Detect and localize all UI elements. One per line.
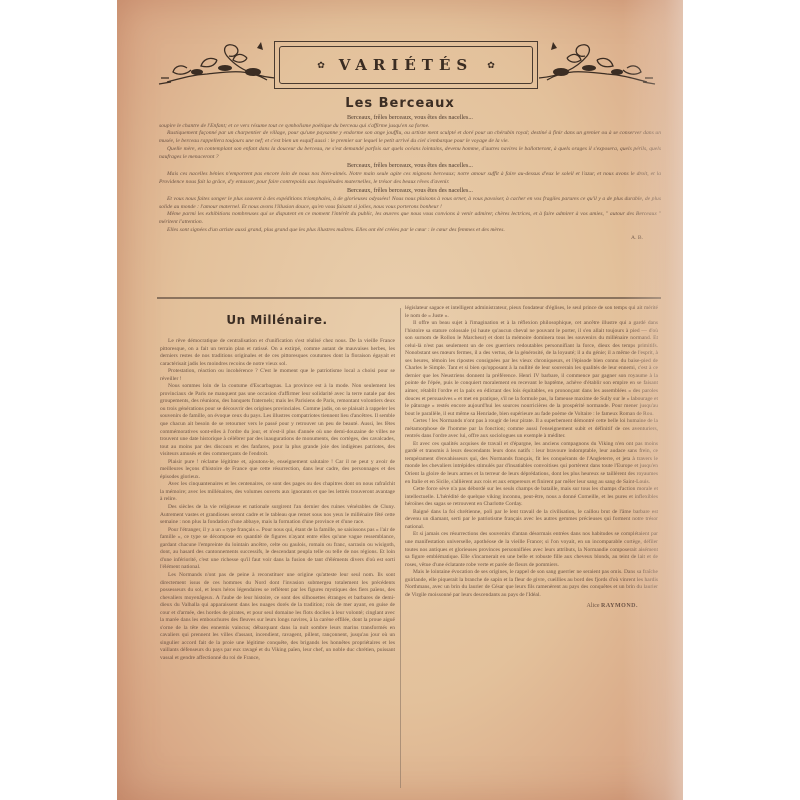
- paragraph: Elles sont signées d'un artiste aussi gr…: [159, 227, 661, 235]
- column-divider: [400, 308, 401, 788]
- title-frame: ✿ VARIÉTÉS ✿: [274, 41, 538, 89]
- refrain-line: Berceaux, frêles berceaux, vous êtes des…: [159, 162, 661, 170]
- paragraph: Il offre un beau sujet à l'imagination e…: [405, 320, 658, 418]
- floral-ornament-left-icon: [157, 38, 277, 86]
- paragraph: Pour l'étranger, il y a un « type frança…: [160, 527, 395, 572]
- article-berceaux-body: Berceaux, frêles berceaux, vous êtes des…: [159, 113, 661, 242]
- floral-ornament-right-icon: [537, 38, 657, 86]
- paragraph: Avec les cinquantenaires et les centenai…: [160, 481, 395, 504]
- paragraph: Plaisir pure ! réclame légitime et, ajou…: [160, 459, 395, 482]
- section-divider: [157, 297, 661, 299]
- paragraph: Et vous nous faites songer le plus souve…: [159, 196, 661, 211]
- paragraph: Le rêve démocratique de centralisation e…: [160, 338, 395, 368]
- varietes-banner: ✿ VARIÉTÉS ✿: [157, 30, 657, 85]
- paragraph: Nous sommes loin de la coutume d'Escarba…: [160, 383, 395, 458]
- scanned-magazine-page: ✿ VARIÉTÉS ✿ Les Berceaux Berc: [117, 0, 683, 800]
- refrain-line: Berceaux, frêles berceaux, vous êtes des…: [159, 187, 661, 195]
- signature-name: RAYMOND.: [601, 603, 638, 609]
- paragraph: Même parmi les exhibitions nombreuses qu…: [159, 211, 661, 226]
- paragraph: Baigné dans la foi chrétienne, poli par …: [405, 509, 658, 532]
- article-signature: A. B.: [159, 235, 661, 243]
- paragraph: Et avec ces qualités acquises de travail…: [405, 441, 658, 486]
- article-column-right: législateur sagace et intelligent admini…: [405, 305, 658, 611]
- paragraph: Quelle mère, en contemplant son enfant d…: [159, 146, 661, 161]
- paragraph: Cette force sève n'a pas débordé sur les…: [405, 486, 658, 509]
- flower-icon: ✿: [487, 60, 495, 71]
- article-column-left: Le rêve démocratique de centralisation e…: [160, 338, 395, 663]
- paragraph: Protestation, réaction ou incohérence ? …: [160, 368, 395, 383]
- section-banner-title: VARIÉTÉS: [339, 56, 473, 74]
- signature-prefix: Alice: [587, 603, 600, 609]
- paragraph: Les Normands n'ont pas de peine à recons…: [160, 572, 395, 663]
- article-signature: Alice RAYMOND.: [405, 603, 658, 611]
- paragraph: Rustiquement façonné par un charpentier …: [159, 130, 661, 145]
- flower-icon: ✿: [317, 60, 325, 71]
- paragraph: Et si jamais ces résurrections des souve…: [405, 531, 658, 569]
- paragraph: Mais le lointaine évocation de ses origi…: [405, 569, 658, 599]
- paragraph: Mais ces nacelles bénies n'emportent pas…: [159, 171, 661, 186]
- paragraph: Des siècles de la vie religieuse et nati…: [160, 504, 395, 527]
- paragraph: législateur sagace et intelligent admini…: [405, 305, 658, 320]
- refrain-line: Berceaux, frêles berceaux, vous êtes des…: [159, 114, 661, 122]
- article-title-millenaire: Un Millénaire.: [157, 313, 397, 327]
- paragraph: Certes ! les Normands n'ont pas à rougir…: [405, 418, 658, 441]
- article-title-berceaux: Les Berceaux: [117, 96, 683, 111]
